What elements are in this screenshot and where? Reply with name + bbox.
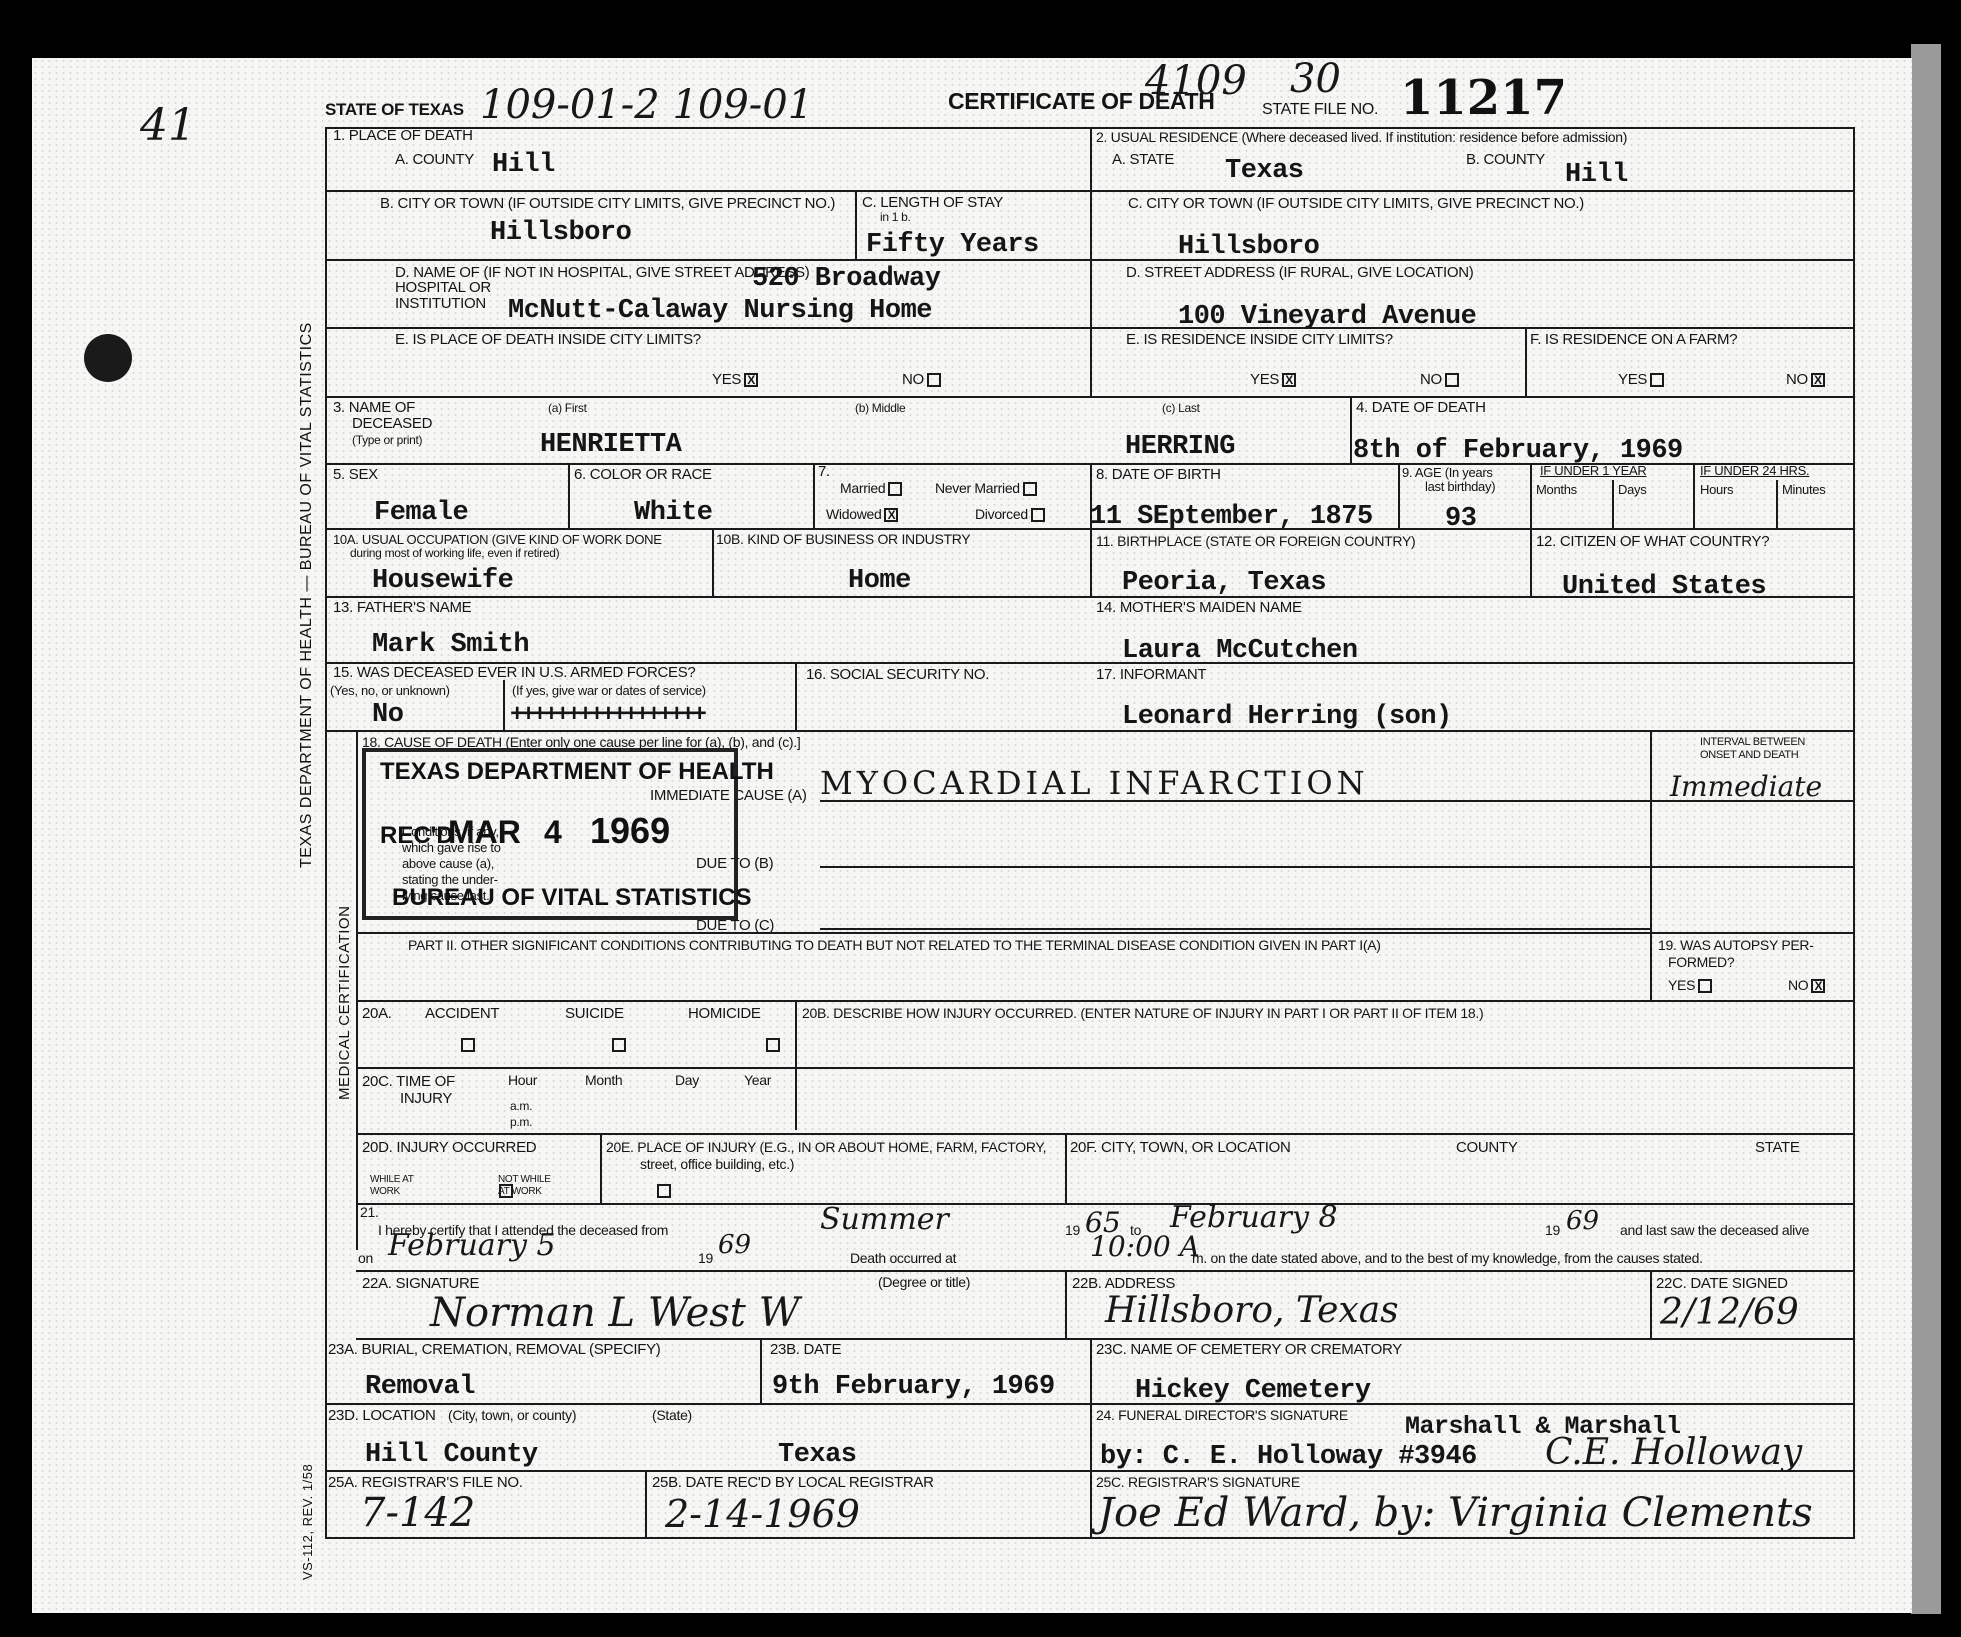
first-name-label: (a) First <box>548 402 587 414</box>
disposition-value: Removal <box>365 1372 475 1402</box>
injury-county-label: COUNTY <box>1456 1140 1518 1155</box>
degree-label: (Degree or title) <box>878 1276 970 1288</box>
suicide-checkbox[interactable] <box>612 1038 626 1052</box>
marital-label: 7. <box>818 464 830 479</box>
minutes-label: Minutes <box>1782 484 1825 496</box>
hospital-label-2: HOSPITAL OR <box>395 280 491 295</box>
residence-farm-yes[interactable]: YES <box>1618 372 1664 387</box>
checkbox[interactable] <box>888 482 902 496</box>
punch-hole <box>84 334 132 382</box>
disposition-date-value: 9th February, 1969 <box>772 1372 1055 1402</box>
date-signed-label: 22c. DATE SIGNED <box>1656 1276 1788 1291</box>
last-seen-year: 69 <box>718 1230 751 1260</box>
attended-from-value: Summer <box>820 1202 949 1237</box>
describe-injury-label: 20b. DESCRIBE HOW INJURY OCCURRED. (Ente… <box>802 1006 1483 1021</box>
handwritten-30: 30 <box>1290 56 1341 102</box>
last-name-label: (c) Last <box>1162 402 1200 414</box>
residence-inside-limits-label: e. IS RESIDENCE INSIDE CITY LIMITS? <box>1126 332 1393 347</box>
due-to-c-label: DUE TO (c) <box>696 918 774 933</box>
cert-21-label: 21. <box>360 1206 379 1218</box>
margin-note: 41 <box>140 100 196 151</box>
part-2-label: PART II. OTHER SIGNIFICANT CONDITIONS CO… <box>408 938 1381 953</box>
cert-text-3: m. on the date stated above, and to the … <box>1192 1252 1703 1264</box>
cert-text-2: and last saw the deceased alive <box>1620 1224 1809 1236</box>
state-file-label: STATE FILE NO. <box>1262 102 1378 117</box>
under-24-hrs-label: IF UNDER 24 HRS. <box>1700 465 1809 477</box>
death-county-label: a. COUNTY <box>395 152 474 167</box>
sex-value: Female <box>374 498 468 528</box>
burial-location-value: Hill County <box>365 1440 538 1470</box>
age-label: 9. AGE (In years <box>1402 467 1493 479</box>
immediate-cause-value: MYOCARDIAL INFARCTION <box>820 764 1369 802</box>
hour-label: Hour <box>508 1074 537 1086</box>
time-of-injury-label-2: INJURY <box>400 1091 452 1106</box>
am-label: a.m. <box>510 1100 532 1112</box>
never-married-option[interactable]: Never Married <box>935 482 1037 496</box>
last-seen-19-prefix: 19 <box>698 1252 713 1264</box>
mother-value: Laura McCutchen <box>1122 636 1358 666</box>
mother-label: 14. MOTHER'S MAIDEN NAME <box>1096 600 1302 615</box>
deceased-name-label-2: DECEASED <box>352 416 432 431</box>
death-inside-limits-label: e. IS PLACE OF DEATH INSIDE CITY LIMITS? <box>395 332 701 347</box>
father-label: 13. FATHER'S NAME <box>333 600 471 615</box>
age-value: 93 <box>1445 504 1476 534</box>
year-label: Year <box>744 1074 771 1086</box>
place-of-death-label: 1. PLACE OF DEATH <box>333 128 473 143</box>
disposition-date-label: 23b. DATE <box>770 1342 841 1357</box>
pm-label: p.m. <box>510 1116 532 1128</box>
armed-forces-sub-2: (If yes, give war or dates of service) <box>512 685 706 697</box>
checkbox[interactable] <box>1031 508 1045 522</box>
checkbox-checked[interactable]: X <box>1282 373 1296 387</box>
month-label: Month <box>585 1074 622 1086</box>
middle-name-label: (b) Middle <box>855 402 905 414</box>
hospital-label-3: INSTITUTION <box>395 296 486 311</box>
injury-state-label: STATE <box>1755 1140 1800 1155</box>
cemetery-label: 23c. NAME OF CEMETERY OR CREMATORY <box>1096 1342 1402 1357</box>
registrar-signature: Joe Ed Ward, by: Virginia Clements <box>1098 1490 1813 1536</box>
registrar-signature-label: 25c. REGISTRAR'S SIGNATURE <box>1096 1475 1300 1490</box>
checkbox-checked[interactable]: X <box>744 373 758 387</box>
citizen-value: United States <box>1562 572 1766 602</box>
armed-forces-label: 15. WAS DECEASED EVER IN U.S. ARMED FORC… <box>333 665 695 680</box>
registrar-file-value: 7-142 <box>360 1490 475 1536</box>
last-name-value: HERRING <box>1125 432 1235 462</box>
burial-location-label: 23d. LOCATION <box>328 1408 436 1423</box>
death-time-value: 10:00 A <box>1090 1230 1200 1263</box>
registrar-file-label: 25a. REGISTRAR'S FILE NO. <box>328 1475 523 1490</box>
birthplace-label: 11. BIRTHPLACE (State or foreign country… <box>1096 534 1415 549</box>
residence-state-value: Texas <box>1225 156 1304 186</box>
burial-location-sub: (City, town, or county) <box>448 1409 576 1421</box>
stamp-day: 4 <box>544 814 562 851</box>
length-of-stay-sublabel: in 1 b. <box>880 211 911 223</box>
age-label-2: last birthday) <box>1425 481 1495 493</box>
form-number: VS-112, REV. 1/58 <box>300 1464 315 1580</box>
dob-label: 8. DATE OF BIRTH <box>1096 467 1221 482</box>
paper-stack-edge <box>1911 44 1941 1614</box>
date-of-death-label: 4. DATE OF DEATH <box>1356 400 1486 415</box>
date-of-death-value: 8th of February, 1969 <box>1353 436 1683 466</box>
stamp-line-3: BUREAU OF VITAL STATISTICS <box>392 884 752 912</box>
funeral-director-signature: C.E. Holloway <box>1545 1432 1802 1473</box>
length-of-stay-label: c. LENGTH OF STAY <box>862 195 1003 210</box>
under-1-year-label: IF UNDER 1 YEAR <box>1540 465 1647 477</box>
death-city-label: b. CITY OR TOWN (If outside city limits,… <box>380 196 835 211</box>
days-label: Days <box>1618 484 1646 496</box>
checkbox-checked[interactable]: X <box>1811 979 1825 993</box>
injury-location-label: 20f. CITY, TOWN, OR LOCATION <box>1070 1140 1291 1155</box>
autopsy-no[interactable]: NOX <box>1788 978 1825 993</box>
death-city-value: Hillsboro <box>490 218 631 248</box>
business-value: Home <box>848 566 911 596</box>
injury-occurred-label: 20d. INJURY OCCURRED <box>362 1140 536 1155</box>
funeral-director-label: 24. FUNERAL DIRECTOR'S SIGNATURE <box>1096 1408 1348 1423</box>
state-file-number: 11217 <box>1400 70 1567 126</box>
handwritten-mid: 4109 <box>1145 58 1247 104</box>
death-at-label: Death occurred at <box>850 1252 956 1264</box>
handwritten-codes: 109-01-2 109-01 <box>480 82 813 128</box>
from-19-prefix: 19 <box>1065 1224 1080 1236</box>
informant-label: 17. INFORMANT <box>1096 667 1206 682</box>
place-of-injury-label: 20e. PLACE OF INJURY (e.g., in or about … <box>606 1140 1046 1155</box>
widowed-option[interactable]: WidowedX <box>826 508 898 522</box>
physician-address-value: Hillsboro, Texas <box>1105 1290 1399 1331</box>
date-signed-value: 2/12/69 <box>1660 1292 1799 1333</box>
on-label: on <box>358 1252 373 1264</box>
hours-label: Hours <box>1700 484 1733 496</box>
burial-state-sub: (State) <box>652 1409 692 1421</box>
residence-city-label: c. CITY OR TOWN (If outside city limits,… <box>1128 196 1584 211</box>
months-label: Months <box>1536 484 1577 496</box>
married-option[interactable]: Married <box>840 482 902 496</box>
to-19-prefix: 19 <box>1545 1224 1560 1236</box>
stamp-year: 1969 <box>590 810 670 852</box>
residence-county-label: b. COUNTY <box>1466 152 1545 167</box>
not-while-work-label-2: AT WORK <box>498 1186 542 1198</box>
residence-farm-label: f. IS RESIDENCE ON A FARM? <box>1530 332 1737 347</box>
checkbox[interactable] <box>1650 373 1664 387</box>
stamp-line-1: TEXAS DEPARTMENT OF HEALTH <box>380 758 774 786</box>
disposition-label: 23a. BURIAL, CREMATION, REMOVAL (Specify… <box>328 1342 661 1357</box>
time-of-injury-label: 20c. TIME OF <box>362 1074 455 1089</box>
residence-city-value: Hillsboro <box>1178 232 1319 262</box>
dob-value: 11 SEptember, 1875 <box>1090 502 1373 532</box>
not-while-work-label: NOT WHILE <box>498 1174 551 1186</box>
citizen-label: 12. CITIZEN OF WHAT COUNTRY? <box>1536 534 1769 549</box>
autopsy-label: 19. WAS AUTOPSY PER- <box>1658 938 1814 953</box>
accident-label: ACCIDENT <box>425 1006 499 1021</box>
interval-label: INTERVAL BETWEEN <box>1700 736 1805 748</box>
length-of-stay-value: Fifty Years <box>866 230 1039 260</box>
residence-street-value: 100 Vineyard Avenue <box>1178 302 1476 332</box>
stamp-recd-label: REC'D <box>380 822 454 850</box>
suicide-label: SUICIDE <box>565 1006 624 1021</box>
first-name-value: HENRIETTA <box>540 430 681 460</box>
divorced-option[interactable]: Divorced <box>975 508 1045 522</box>
checkbox-checked[interactable]: X <box>1811 373 1825 387</box>
state-label: STATE OF TEXAS <box>325 102 464 117</box>
department-side-text: TEXAS DEPARTMENT OF HEALTH — BUREAU OF V… <box>298 322 316 868</box>
death-inside-limits-yes[interactable]: YESX <box>712 372 758 387</box>
hospital-address-value: 520 Broadway <box>752 264 940 294</box>
ssn-label: 16. SOCIAL SECURITY NO. <box>806 667 989 682</box>
place-of-injury-label-2: street, office building, etc.) <box>640 1158 794 1170</box>
residence-state-label: a. STATE <box>1112 152 1174 167</box>
residence-inside-limits-yes[interactable]: YESX <box>1250 372 1296 387</box>
accident-checkbox[interactable] <box>461 1038 475 1052</box>
residence-farm-no[interactable]: NOX <box>1786 372 1825 387</box>
burial-state-value: Texas <box>778 1440 857 1470</box>
cemetery-value: Hickey Cemetery <box>1135 1376 1371 1406</box>
received-stamp: TEXAS DEPARTMENT OF HEALTH REC'D MAR 4 1… <box>362 748 738 920</box>
father-value: Mark Smith <box>372 630 529 660</box>
interval-label-2: ONSET AND DEATH <box>1700 749 1798 761</box>
deceased-name-label: 3. NAME OF <box>333 400 415 415</box>
race-value: White <box>634 498 713 528</box>
medical-certification-side-text: MEDICAL CERTIFICATION <box>336 906 353 1100</box>
hospital-name-value: McNutt-Calaway Nursing Home <box>508 296 932 326</box>
informant-value: Leonard Herring (son) <box>1122 702 1452 732</box>
while-at-work-label: WHILE AT <box>370 1174 414 1186</box>
occupation-label: 10a. USUAL OCCUPATION (Give kind of work… <box>333 532 662 547</box>
hospital-label: d. NAME OF (If not in hospital, give str… <box>395 265 809 280</box>
stamp-month: MAR <box>448 814 521 851</box>
residence-label: 2. USUAL RESIDENCE (Where deceased lived… <box>1096 130 1627 145</box>
birthplace-value: Peoria, Texas <box>1122 568 1326 598</box>
registrar-date-value: 2-14-1969 <box>665 1492 860 1536</box>
physician-address-label: 22b. ADDRESS <box>1072 1276 1175 1291</box>
attended-to-year: 69 <box>1566 1206 1599 1236</box>
injury-20a-label: 20a. <box>362 1006 392 1021</box>
checkbox[interactable] <box>1445 373 1459 387</box>
death-inside-limits-no[interactable]: NO <box>902 372 941 387</box>
occupation-label-2: during most of working life, even if ret… <box>350 547 559 559</box>
registrar-date-label: 25b. DATE REC'D BY LOCAL REGISTRAR <box>652 1475 934 1490</box>
residence-county-value: Hill <box>1565 160 1628 190</box>
death-county-value: Hill <box>492 150 555 180</box>
funeral-by-value: by: C. E. Holloway #3946 <box>1100 1442 1477 1472</box>
physician-signature: Norman L West W <box>430 1290 800 1336</box>
business-label: 10b. KIND OF BUSINESS OR INDUSTRY <box>716 532 970 547</box>
signature-label: 22a. SIGNATURE <box>362 1276 479 1291</box>
interval-value: Immediate <box>1670 770 1822 803</box>
homicide-checkbox[interactable] <box>766 1038 780 1052</box>
autopsy-label-2: FORMED? <box>1668 955 1734 970</box>
race-label: 6. COLOR OR RACE <box>574 467 712 482</box>
day-label: Day <box>675 1074 699 1086</box>
cause-label: 18. CAUSE OF DEATH (Enter only one cause… <box>362 736 800 748</box>
checkbox[interactable] <box>927 373 941 387</box>
checkbox-checked[interactable]: X <box>884 508 898 522</box>
residence-inside-limits-no[interactable]: NO <box>1420 372 1459 387</box>
occupation-value: Housewife <box>372 566 513 596</box>
residence-street-label: d. STREET ADDRESS (If rural, give locati… <box>1126 265 1473 280</box>
armed-service-struck: +++++++++++++++++ <box>510 702 704 729</box>
sex-label: 5. SEX <box>333 467 378 482</box>
deceased-name-label-3: (Type or print) <box>352 434 422 446</box>
homicide-label: HOMICIDE <box>688 1006 761 1021</box>
autopsy-yes[interactable]: YES <box>1668 978 1712 993</box>
last-seen-value: February 5 <box>388 1228 556 1263</box>
while-at-work-label-2: WORK <box>370 1186 400 1198</box>
not-while-work-checkbox[interactable] <box>657 1184 671 1198</box>
checkbox[interactable] <box>1698 979 1712 993</box>
armed-forces-sub-1: (Yes, no, or unknown) <box>330 685 450 697</box>
checkbox[interactable] <box>1023 482 1037 496</box>
armed-forces-value: No <box>372 700 403 730</box>
